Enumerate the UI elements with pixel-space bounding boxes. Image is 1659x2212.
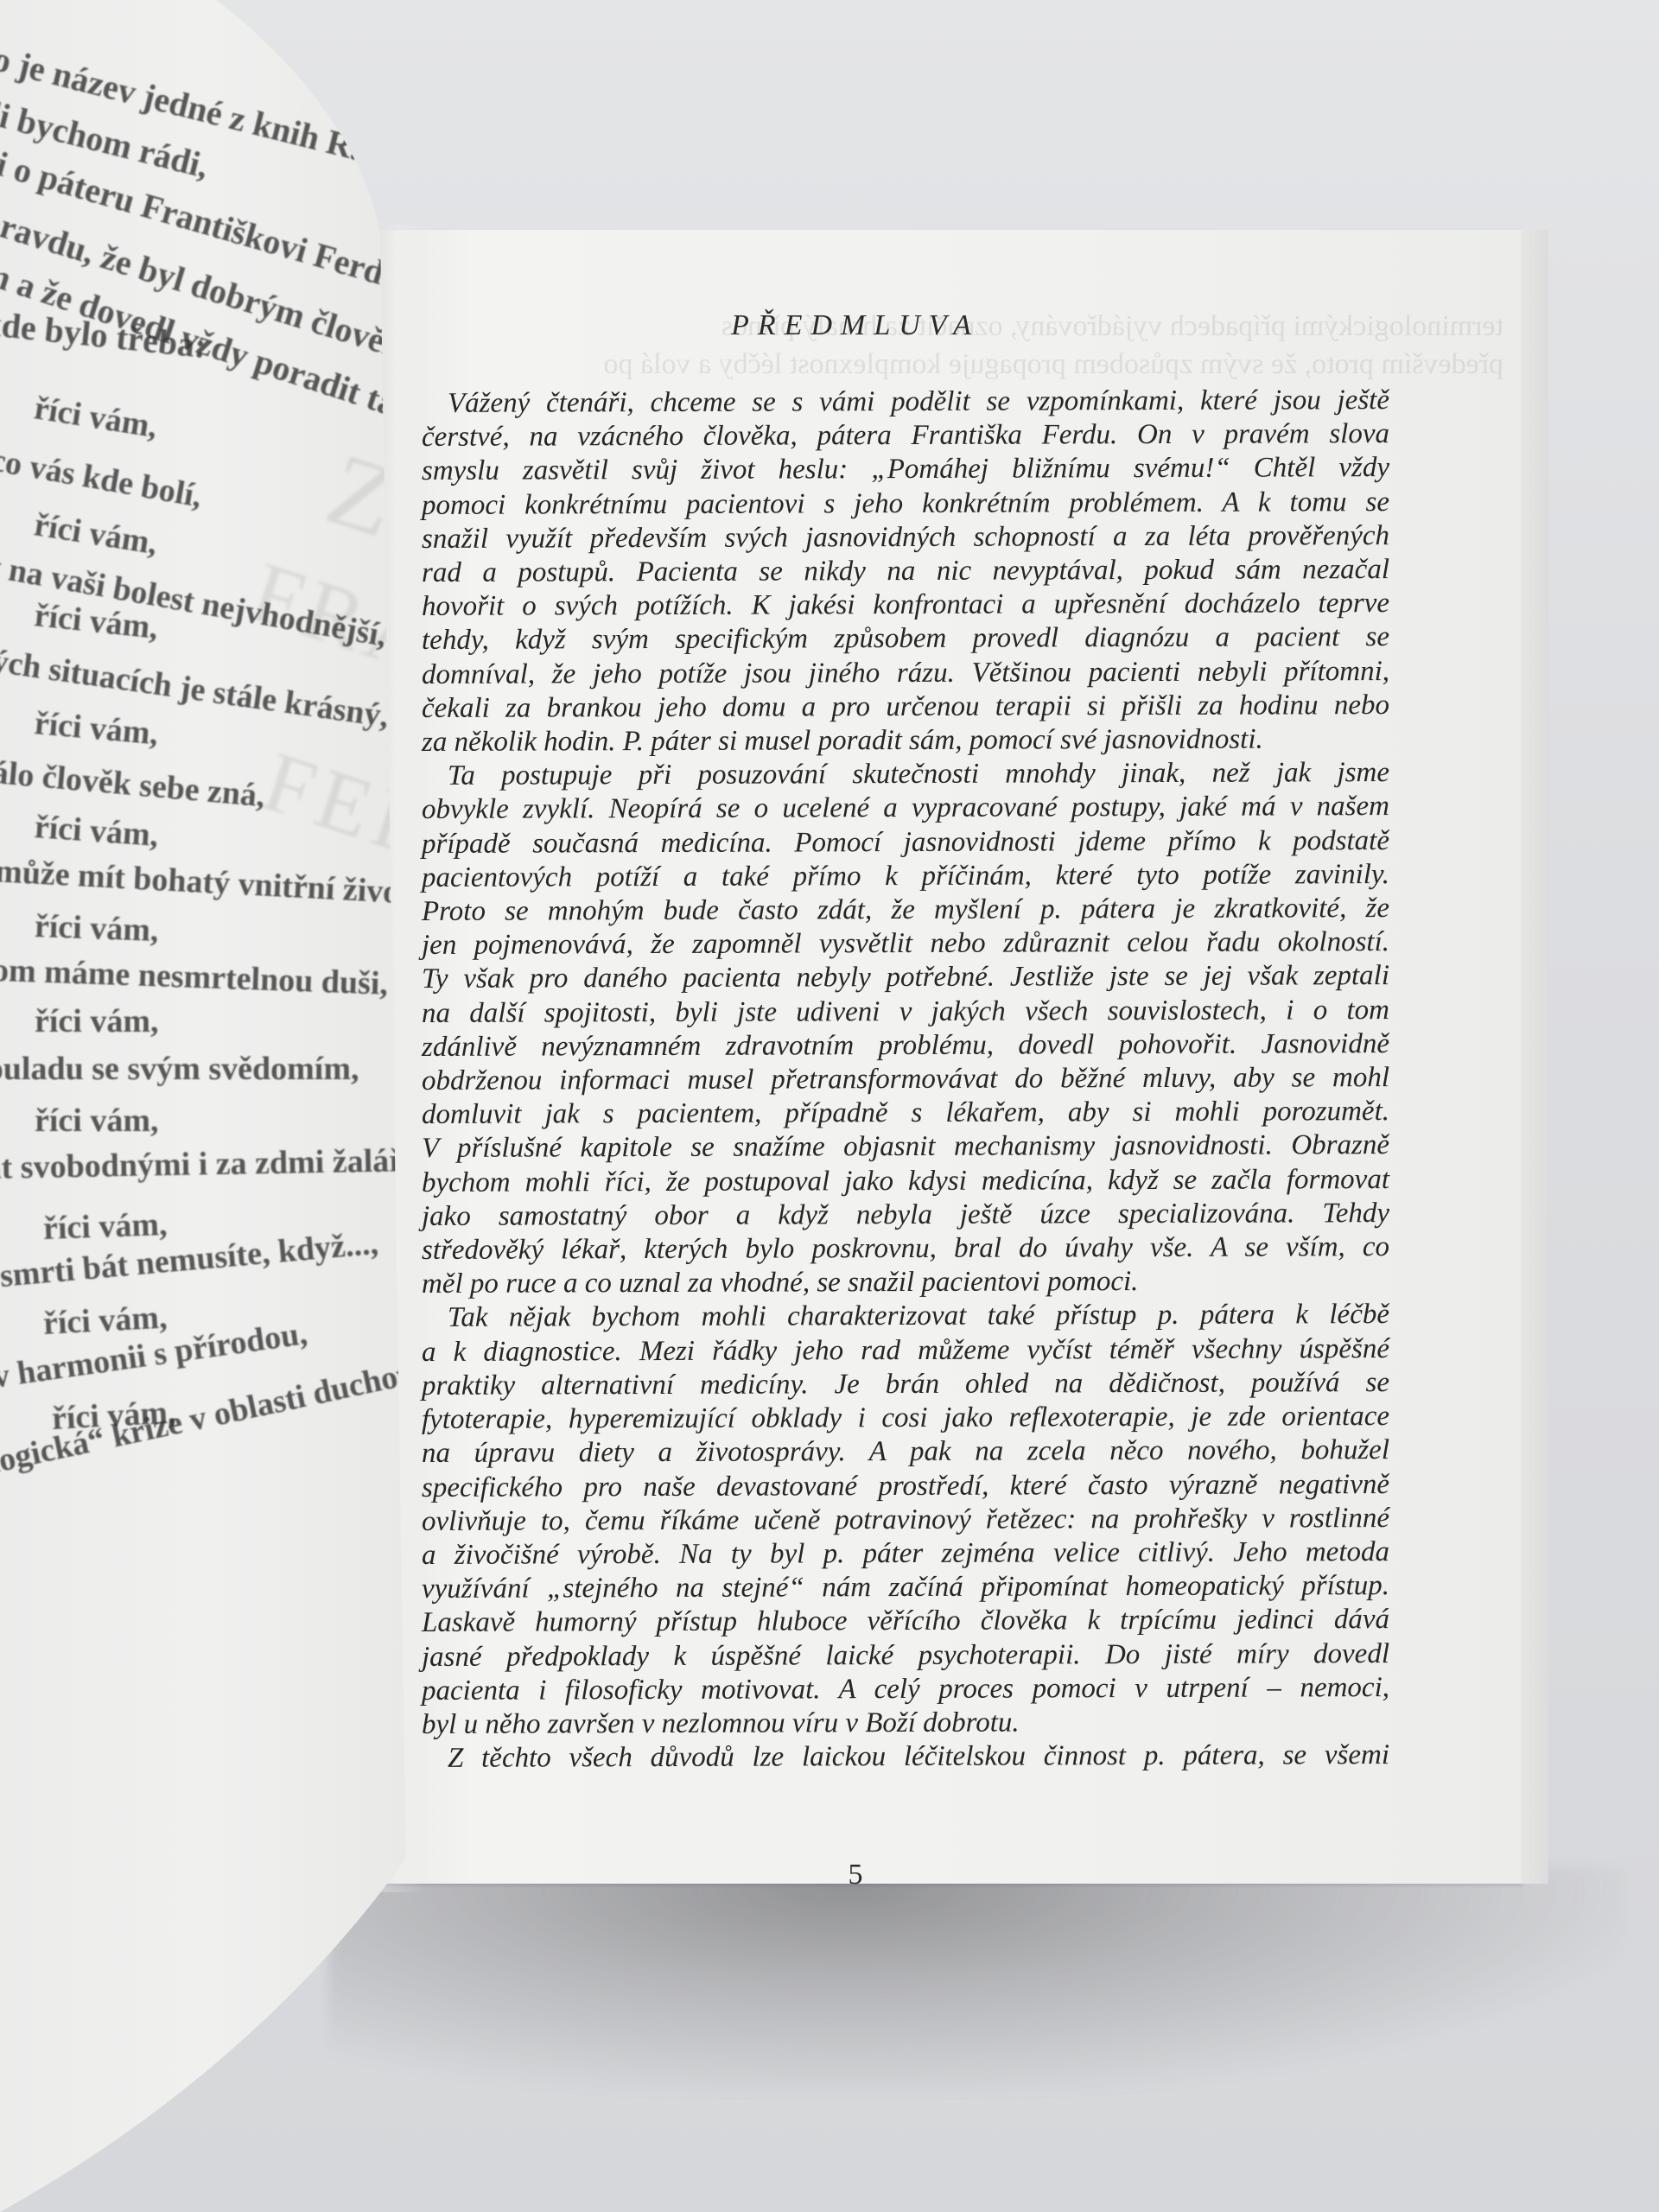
poem-line: říci vám, — [32, 389, 161, 446]
text-line: středověký lékař, kterých bylo poskrovnu… — [422, 1230, 1389, 1268]
text-line: Vážený čtenáři, chceme se s vámi podělit… — [422, 384, 1389, 421]
text-line: specifického pro naše devastované prostř… — [422, 1468, 1389, 1505]
text-line: na úpravu diety a životosprávy. A pak na… — [422, 1433, 1389, 1471]
text-line: Z těchto všech důvodů lze laickou léčite… — [422, 1738, 1389, 1776]
right-page: terminologickými případech vyjádřovány, … — [380, 230, 1521, 1884]
page-stack-edge — [1521, 230, 1548, 1884]
poem-line: říci vám, — [35, 1102, 159, 1140]
text-line: zdánlivě nevýznamném zdravotním problému… — [422, 1027, 1389, 1065]
text-line: Laskavě humorný přístup hluboce věřícího… — [422, 1603, 1389, 1640]
text-line: a k diagnostice. Mezi řádky jeho rad můž… — [422, 1332, 1389, 1370]
text-line: fytoterapie, hyperemizující obklady i co… — [422, 1400, 1389, 1437]
book-shadow — [328, 1866, 1624, 2091]
text-line: jako samostatný obor a když nebyla ještě… — [422, 1197, 1389, 1234]
text-line: tehdy, když svým specifickým způsobem pr… — [422, 620, 1389, 658]
poem-line: souladu se svým svědomím, — [0, 1050, 359, 1088]
text-line: pacienta i filosoficky motivovat. A celý… — [422, 1671, 1389, 1708]
text-line: smyslu zasvětil svůj život heslu: „Pomáh… — [422, 451, 1389, 488]
poem-line: nálo člověk sebe zná, — [0, 752, 266, 815]
poem-line: říci vám, — [32, 505, 161, 563]
text-line: Tak nějak bychom mohli charakterizovat t… — [422, 1299, 1389, 1336]
text-line: jen pojmenovává, že zapomněl vysvětlit n… — [422, 925, 1389, 963]
text-line: domníval, že jeho potíže jsou jiného ráz… — [422, 655, 1389, 692]
page-title: PŘEDMLUVA — [380, 309, 1331, 342]
text-line: rad a postupů. Pacienta se nikdy na nic … — [422, 553, 1389, 590]
text-line: čerstvé, na vzácného člověka, pátera Fra… — [422, 417, 1389, 454]
text-line: využívání „stejného na stejné“ nám začín… — [422, 1569, 1389, 1606]
text-line: praktiky alternativní medicíny. Je brán … — [422, 1366, 1389, 1403]
text-line: měl po ruce a co uznal za vhodné, se sna… — [422, 1264, 1389, 1301]
poem-line: říci vám, — [34, 907, 159, 950]
text-line: domluvit jak s pacientem, případně s lék… — [422, 1095, 1389, 1132]
poem-line: říci vám, — [42, 1205, 168, 1248]
text-line: byl u něho završen v nezlomnou víru v Bo… — [422, 1705, 1389, 1742]
text-line: Proto se mnohým bude často zdát, že myšl… — [422, 892, 1389, 929]
text-line: Ty však pro daného pacienta nebyly potře… — [422, 959, 1389, 996]
text-line: za několik hodin. P. páter si musel pora… — [422, 722, 1389, 760]
text-line: ovlivňuje to, čemu říkáme učeně potravin… — [422, 1502, 1389, 1539]
text-line: Ta postupuje při posuzování skutečnosti … — [422, 756, 1389, 793]
poem-line: co vás kde bolí, — [0, 441, 205, 515]
poem-line: tat svobodnými i za zdmi žaláře, — [0, 1141, 427, 1187]
text-line: V příslušné kapitole se snažíme objasnit… — [422, 1129, 1389, 1166]
text-line: na další spojitosti, byli jste udiveni v… — [422, 994, 1389, 1031]
text-line: obvykle zvyklí. Neopírá se o ucelené a v… — [422, 790, 1389, 827]
text-line: pomoci konkrétnímu pacientovi s jeho kon… — [422, 486, 1389, 523]
text-line: obdrženou informaci musel přetransformov… — [422, 1061, 1389, 1098]
poem-line: nom máme nesmrtelnou duši, — [0, 950, 389, 1003]
poem-line: s může mít bohatý vnitřní život, — [0, 851, 420, 912]
text-line: čekali za brankou jeho domu a pro určeno… — [422, 689, 1389, 726]
text-line: pacientových potíží a také přímo k příči… — [422, 858, 1389, 895]
text-line: bychom mohli říci, že postupoval jako kd… — [422, 1163, 1389, 1200]
text-line: snažil využít především svých jasnovidný… — [422, 519, 1389, 556]
page-number: 5 — [380, 1859, 1331, 1891]
poem-line: říci vám, — [33, 808, 159, 855]
preface-body: Vážený čtenáři, chceme se s vámi podělit… — [422, 384, 1389, 1776]
poem-line: říci vám, — [33, 704, 160, 753]
text-line: jasné předpoklady k úspěšné laické psych… — [422, 1637, 1389, 1675]
left-page: ZA FRANTIŠEK FERDO to je název jedné z k… — [0, 0, 406, 2212]
text-line: případě současná medicína. Pomocí jasnov… — [422, 824, 1389, 861]
poem-line: říci vám, — [35, 1002, 159, 1040]
text-line: hovořit o svých potížích. K jakési konfr… — [422, 587, 1389, 624]
text-line: a živočišné výrobě. Na ty byl p. páter z… — [422, 1535, 1389, 1573]
bleed-line: především proto, že svým způsobem propag… — [415, 346, 1503, 384]
